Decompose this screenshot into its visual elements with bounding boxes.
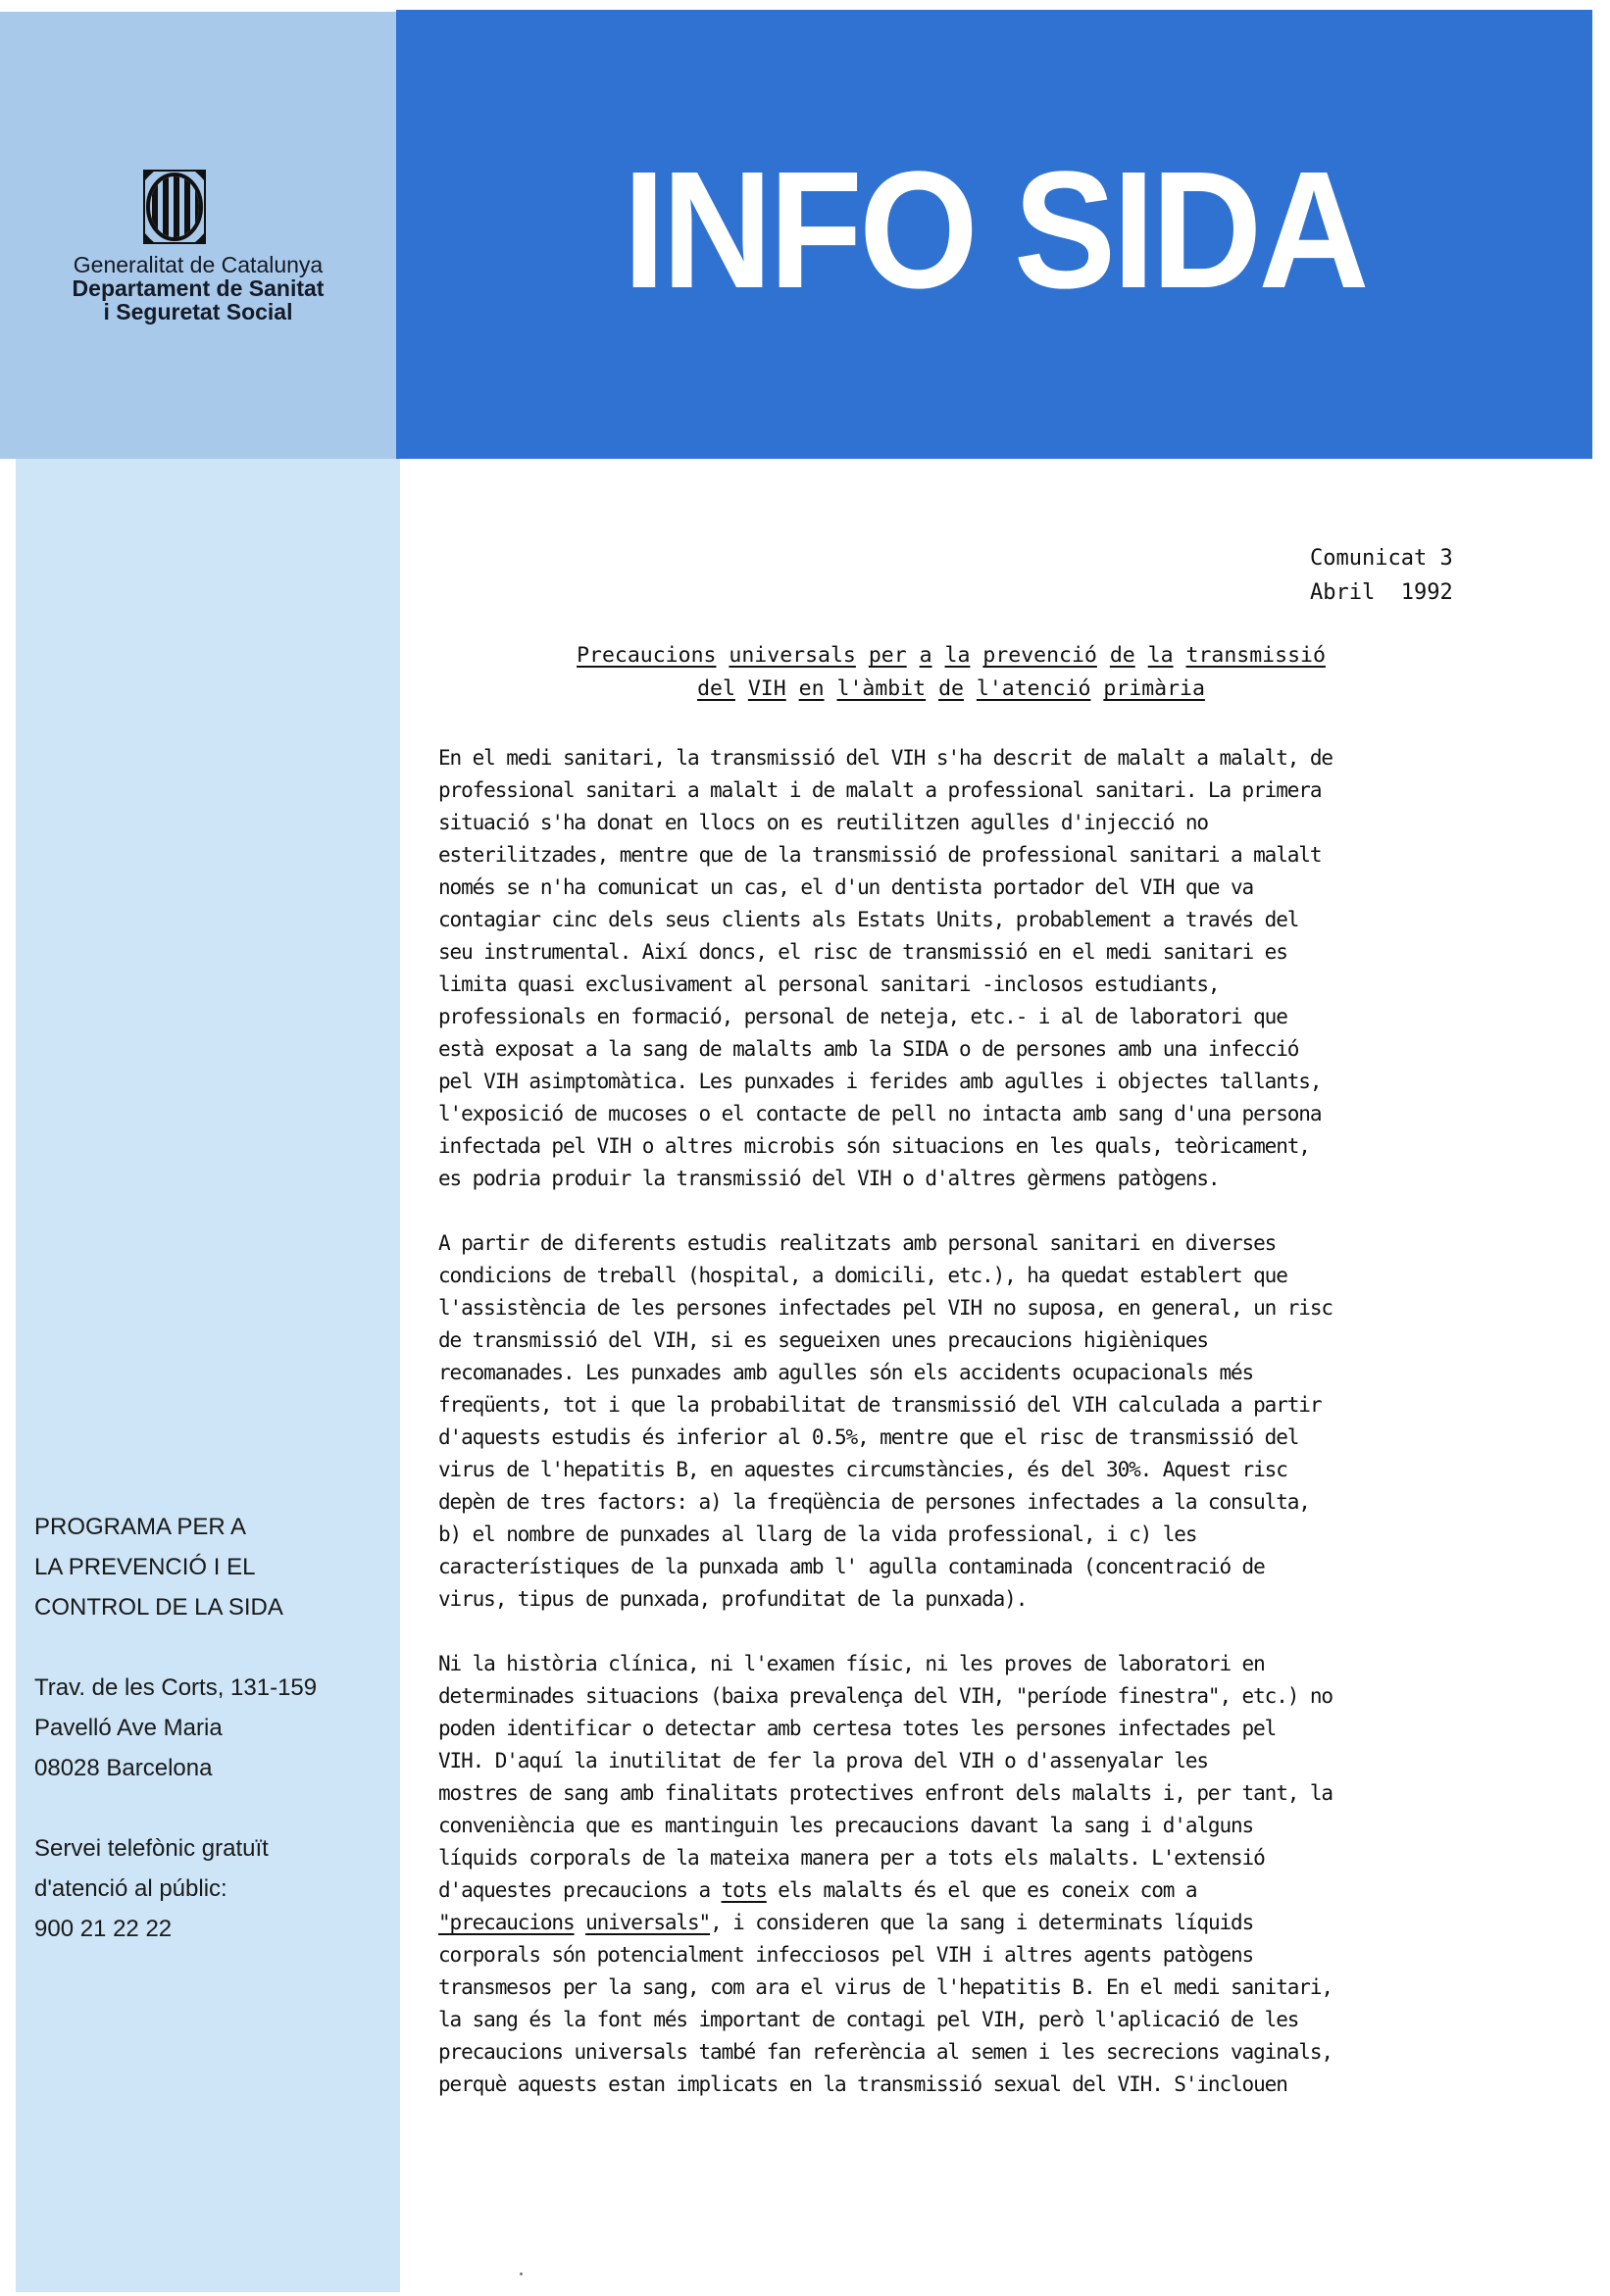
text-line: determinades situacions (baixa prevalenç… [438, 1680, 1468, 1713]
phone-number: 900 21 22 22 [34, 1909, 387, 1949]
text-line: contagiar cinc dels seus clients als Est… [438, 904, 1468, 936]
program-line: CONTROL DE LA SIDA [34, 1587, 387, 1627]
text-line: infectada pel VIH o altres microbis són … [438, 1130, 1468, 1163]
text-line: només se n'ha comunicat un cas, el d'un … [438, 872, 1468, 904]
text-line: seu instrumental. Així doncs, el risc de… [438, 936, 1468, 969]
text-line: "precaucions universals", i consideren q… [438, 1907, 1468, 1939]
text-line: condicions de treball (hospital, a domic… [438, 1260, 1468, 1292]
communique-date: Abril 1992 [1310, 575, 1467, 610]
document-body: En el medi sanitari, la transmissió del … [438, 742, 1468, 2133]
sidebar-panel [16, 459, 400, 2292]
paragraph-3: Ni la història clínica, ni l'examen físi… [438, 1648, 1468, 2101]
title-word: Precaucions [577, 643, 716, 668]
scan-artifact [520, 2272, 523, 2275]
title-word: en [799, 676, 825, 701]
communique-number: Comunicat 3 [1310, 541, 1467, 575]
document-title: Precaucions universals per a la prevenci… [431, 639, 1471, 706]
emphasized-word: precaucions [450, 1911, 575, 1934]
text-line: depèn de tres factors: a) la freqüència … [438, 1486, 1468, 1519]
text-line: VIH. D'aquí la inutilitat de fer la prov… [438, 1745, 1468, 1777]
text-line: professionals en formació, personal de n… [438, 1001, 1468, 1033]
text-line: Ni la història clínica, ni l'examen físi… [438, 1648, 1468, 1680]
text-line: situació s'ha donat en llocs on es reuti… [438, 807, 1468, 839]
text-line: professional sanitari a malalt i de mala… [438, 774, 1468, 807]
organization-block: Generalitat de Catalunya Departament de … [0, 253, 396, 324]
title-line-2: del VIH en l'àmbit de l'atenció primària [431, 673, 1471, 706]
title-word: universals [729, 643, 855, 668]
text-line: poden identificar o detectar amb certesa… [438, 1713, 1468, 1745]
text-line: l'exposició de mucoses o el contacte de … [438, 1098, 1468, 1130]
program-name: PROGRAMA PER A LA PREVENCIÓ I EL CONTROL… [34, 1507, 387, 1627]
emphasized-phrase: "precaucions [438, 1911, 575, 1934]
text-line: perquè aquests estan implicats en la tra… [438, 2069, 1468, 2101]
text-line: corporals són potencialment infecciosos … [438, 1939, 1468, 1972]
address-line: Pavelló Ave Maria [34, 1708, 387, 1748]
paragraph-2: A partir de diferents estudis realitzats… [438, 1227, 1468, 1616]
sidebar-info: PROGRAMA PER A LA PREVENCIÓ I EL CONTROL… [34, 1507, 387, 1949]
emphasized-word: universals" [585, 1911, 710, 1934]
phone-service-label: Servei telefònic gratuït [34, 1828, 387, 1869]
text-line: està exposat a la sang de malalts amb la… [438, 1033, 1468, 1066]
title-word: l'àmbit [837, 676, 927, 701]
text-line: característiques de la punxada amb l' ag… [438, 1551, 1468, 1583]
generalitat-shield-icon [143, 170, 206, 244]
emphasized-word: tots [722, 1878, 767, 1902]
text-line: pel VIH asimptomàtica. Les punxades i fe… [438, 1066, 1468, 1098]
text-line: b) el nombre de punxades al llarg de la … [438, 1519, 1468, 1551]
text-fragment: d'aquestes precaucions a [438, 1878, 722, 1902]
title-word: la [945, 643, 971, 668]
program-line: PROGRAMA PER A [34, 1507, 387, 1547]
text-line: es podria produir la transmissió del VIH… [438, 1163, 1468, 1195]
text-line: En el medi sanitari, la transmissió del … [438, 742, 1468, 774]
text-line: precaucions universals també fan referèn… [438, 2036, 1468, 2069]
title-word: de [938, 676, 964, 701]
address: Trav. de les Corts, 131-159 Pavelló Ave … [34, 1668, 387, 1788]
text-line: mostres de sang amb finalitats protectiv… [438, 1777, 1468, 1810]
text-fragment: , i consideren que la sang i determinats… [710, 1911, 1253, 1934]
title-word: a [920, 643, 932, 668]
department-name-line1: Departament de Sanitat [0, 276, 396, 300]
text-line: l'assistència de les persones infectades… [438, 1292, 1468, 1324]
text-line: virus de l'hepatitis B, en aquestes circ… [438, 1454, 1468, 1486]
title-word: per [869, 643, 907, 668]
text-fragment [575, 1911, 586, 1934]
title-word: de [1110, 643, 1135, 668]
text-line: d'aquestes precaucions a tots els malalt… [438, 1874, 1468, 1907]
text-line: líquids corporals de la mateixa manera p… [438, 1842, 1468, 1874]
title-word: VIH [748, 676, 786, 701]
publication-title: INFO SIDA [444, 147, 1544, 314]
text-line: transmesos per la sang, com ara el virus… [438, 1972, 1468, 2004]
address-line: 08028 Barcelona [34, 1748, 387, 1788]
text-line: recomanades. Les punxades amb agulles só… [438, 1357, 1468, 1389]
title-word: del [697, 676, 735, 701]
department-name-line2: i Seguretat Social [0, 300, 396, 324]
title-word: primària [1103, 676, 1205, 701]
title-word: la [1148, 643, 1174, 668]
address-line: Trav. de les Corts, 131-159 [34, 1668, 387, 1708]
text-line: conveniència que es mantinguin les preca… [438, 1810, 1468, 1842]
program-line: LA PREVENCIÓ I EL [34, 1547, 387, 1587]
text-line: A partir de diferents estudis realitzats… [438, 1227, 1468, 1260]
paragraph-1: En el medi sanitari, la transmissió del … [438, 742, 1468, 1195]
text-line: esterilitzades, mentre que de la transmi… [438, 839, 1468, 872]
text-line: de transmissió del VIH, si es segueixen … [438, 1324, 1468, 1357]
text-line: freqüents, tot i que la probabilitat de … [438, 1389, 1468, 1422]
text-line: la sang és la font més important de cont… [438, 2004, 1468, 2036]
text-line: virus, tipus de punxada, profunditat de … [438, 1583, 1468, 1616]
title-word: prevenció [982, 643, 1097, 668]
title-line-1: Precaucions universals per a la prevenci… [431, 639, 1471, 673]
phone-service-label: d'atenció al públic: [34, 1869, 387, 1909]
communique-meta: Comunicat 3 Abril 1992 [1310, 541, 1467, 610]
phone-service: Servei telefònic gratuït d'atenció al pú… [34, 1828, 387, 1949]
government-name: Generalitat de Catalunya [0, 253, 396, 276]
title-word: transmissió [1186, 643, 1326, 668]
header-banner: INFO SIDA [396, 10, 1592, 459]
text-line: limita quasi exclusivament al personal s… [438, 969, 1468, 1001]
text-fragment: els malalts és el que es coneix com a [767, 1878, 1197, 1902]
quote-mark: " [438, 1911, 450, 1934]
title-word: l'atenció [977, 676, 1091, 701]
text-line: d'aquests estudis és inferior al 0.5%, m… [438, 1422, 1468, 1454]
